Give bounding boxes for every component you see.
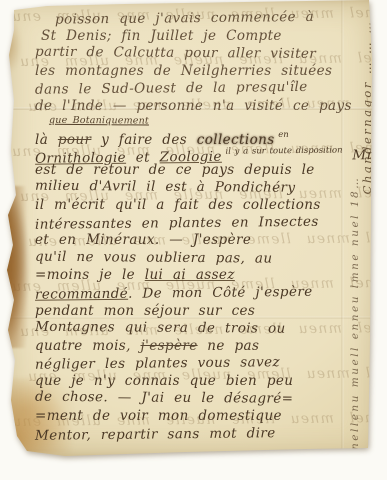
stain-top-left <box>5 20 21 72</box>
text-segment: poisson que j'avais commencée à <box>55 9 314 28</box>
manuscript-line: intéressantes en plantes en Insectes <box>35 213 362 234</box>
manuscript-line: de l'Inde — personne n'a visité ce pays <box>35 98 362 116</box>
manuscript-line: de chose. — J'ai eu le désagré= <box>35 389 362 409</box>
text-segment: de l'Inde — personne n'a visité ce pays <box>35 98 352 114</box>
paper-shadow-wrap: unelle mnu ellemne unel mneu lleme nuell… <box>0 0 387 480</box>
scanned-letter-image: unelle mnu ellemne unel mneu lleme nuell… <box>0 0 387 480</box>
vertical-margin-note-2-illegible: nellenu muell enneu lmne nuel 18… <box>349 230 361 450</box>
manuscript-line: partir de Calcutta pour aller visiter <box>35 44 362 64</box>
text-segment: de chose. — J'ai eu le désagré= <box>35 389 293 407</box>
text-segment: les montagnes de Neilgherries situées <box>35 63 332 79</box>
text-segment: dans le Sud-Ouest de la presqu'île <box>35 79 308 98</box>
manuscript-line: pendant mon séjour sur ces <box>35 303 362 321</box>
text-segment: =moins je le <box>35 267 145 283</box>
manuscript-line: Mentor, repartir sans mot dire <box>35 424 362 445</box>
text-segment: j'espère <box>141 338 198 354</box>
text-segment: St Denis; fin Juillet je Compte <box>41 28 282 44</box>
text-segment: pendant mon séjour sur ces <box>35 303 255 319</box>
manuscript-line: il m'écrit qu'il a fait des collections <box>35 197 362 215</box>
text-segment: il y a sur toute disposition <box>222 146 343 157</box>
text-segment: intéressantes en plantes en Insectes <box>35 213 319 232</box>
manuscript-line: dans le Sud-Ouest de la presqu'île <box>35 79 362 100</box>
manuscript-line: là pour y faire des collections en <box>35 127 362 145</box>
text-segment: en <box>275 130 289 140</box>
letter-page: unelle mnu ellemne unel mneu lleme nuell… <box>5 0 376 456</box>
text-segment: Zoologie <box>160 149 222 166</box>
manuscript-line: qu'il ne vous oubliera pas, au <box>35 248 362 268</box>
letter-text: poisson que j'avais commencée àSt Denis;… <box>35 10 362 452</box>
text-segment: Mentor, repartir sans mot dire <box>35 425 276 444</box>
text-segment: recommandé <box>35 286 128 303</box>
manuscript-line: =ment de voir mon domestique <box>35 408 362 426</box>
manuscript-line: Ornithologie et Zoologie il y a sur tout… <box>35 142 362 163</box>
manuscript-line: que je n'y connais que bien peu <box>35 373 362 391</box>
text-segment: partir de Calcutta pour aller visiter <box>35 44 316 62</box>
text-segment: milieu d'Avril il est à Pondichéry <box>35 178 296 196</box>
manuscript-line: négliger les plantes vous savez <box>35 354 362 375</box>
text-segment: quatre mois, <box>35 338 141 354</box>
text-segment: Ornithologie <box>35 150 126 167</box>
manuscript-line: quatre mois, j'espère ne pas <box>35 338 362 356</box>
manuscript-line: que Botaniquement <box>49 114 362 127</box>
text-segment: et <box>126 150 160 166</box>
text-segment: que Botaniquement <box>49 114 149 126</box>
manuscript-line: Montagnes qui sera de trois ou <box>35 319 362 339</box>
manuscript-line: St Denis; fin Juillet je Compte <box>41 28 362 46</box>
text-segment: lui ai assez <box>145 267 235 283</box>
manuscript-line: et en Minéraux. — J'espère <box>35 232 362 250</box>
text-segment: =ment de voir mon domestique <box>35 408 282 424</box>
manuscript-line: les montagnes de Neilgherries situées <box>35 63 362 81</box>
stain-left-edge <box>5 186 31 348</box>
manuscript-line: recommandé. De mon Côté j'espère <box>35 283 362 304</box>
text-segment: qu'il ne vous oubliera pas, au <box>35 248 273 266</box>
manuscript-line: =moins je le lui ai assez <box>35 267 362 285</box>
text-segment: ne pas <box>198 338 260 354</box>
text-segment: que je n'y connais que bien peu <box>35 373 293 389</box>
text-segment: . De mon Côté j'espère <box>128 284 313 302</box>
text-segment: et en Minéraux. — J'espère <box>35 232 251 248</box>
manuscript-line: poisson que j'avais commencée à <box>55 8 362 29</box>
text-segment: Montagnes qui sera de trois ou <box>35 319 286 337</box>
manuscript-line: milieu d'Avril il est à Pondichéry <box>35 178 362 198</box>
text-segment: il m'écrit qu'il a fait des collections <box>35 197 321 213</box>
vertical-margin-note-1: Chandernagor … … … <box>360 0 374 217</box>
text-segment: négliger les plantes vous savez <box>35 354 280 373</box>
